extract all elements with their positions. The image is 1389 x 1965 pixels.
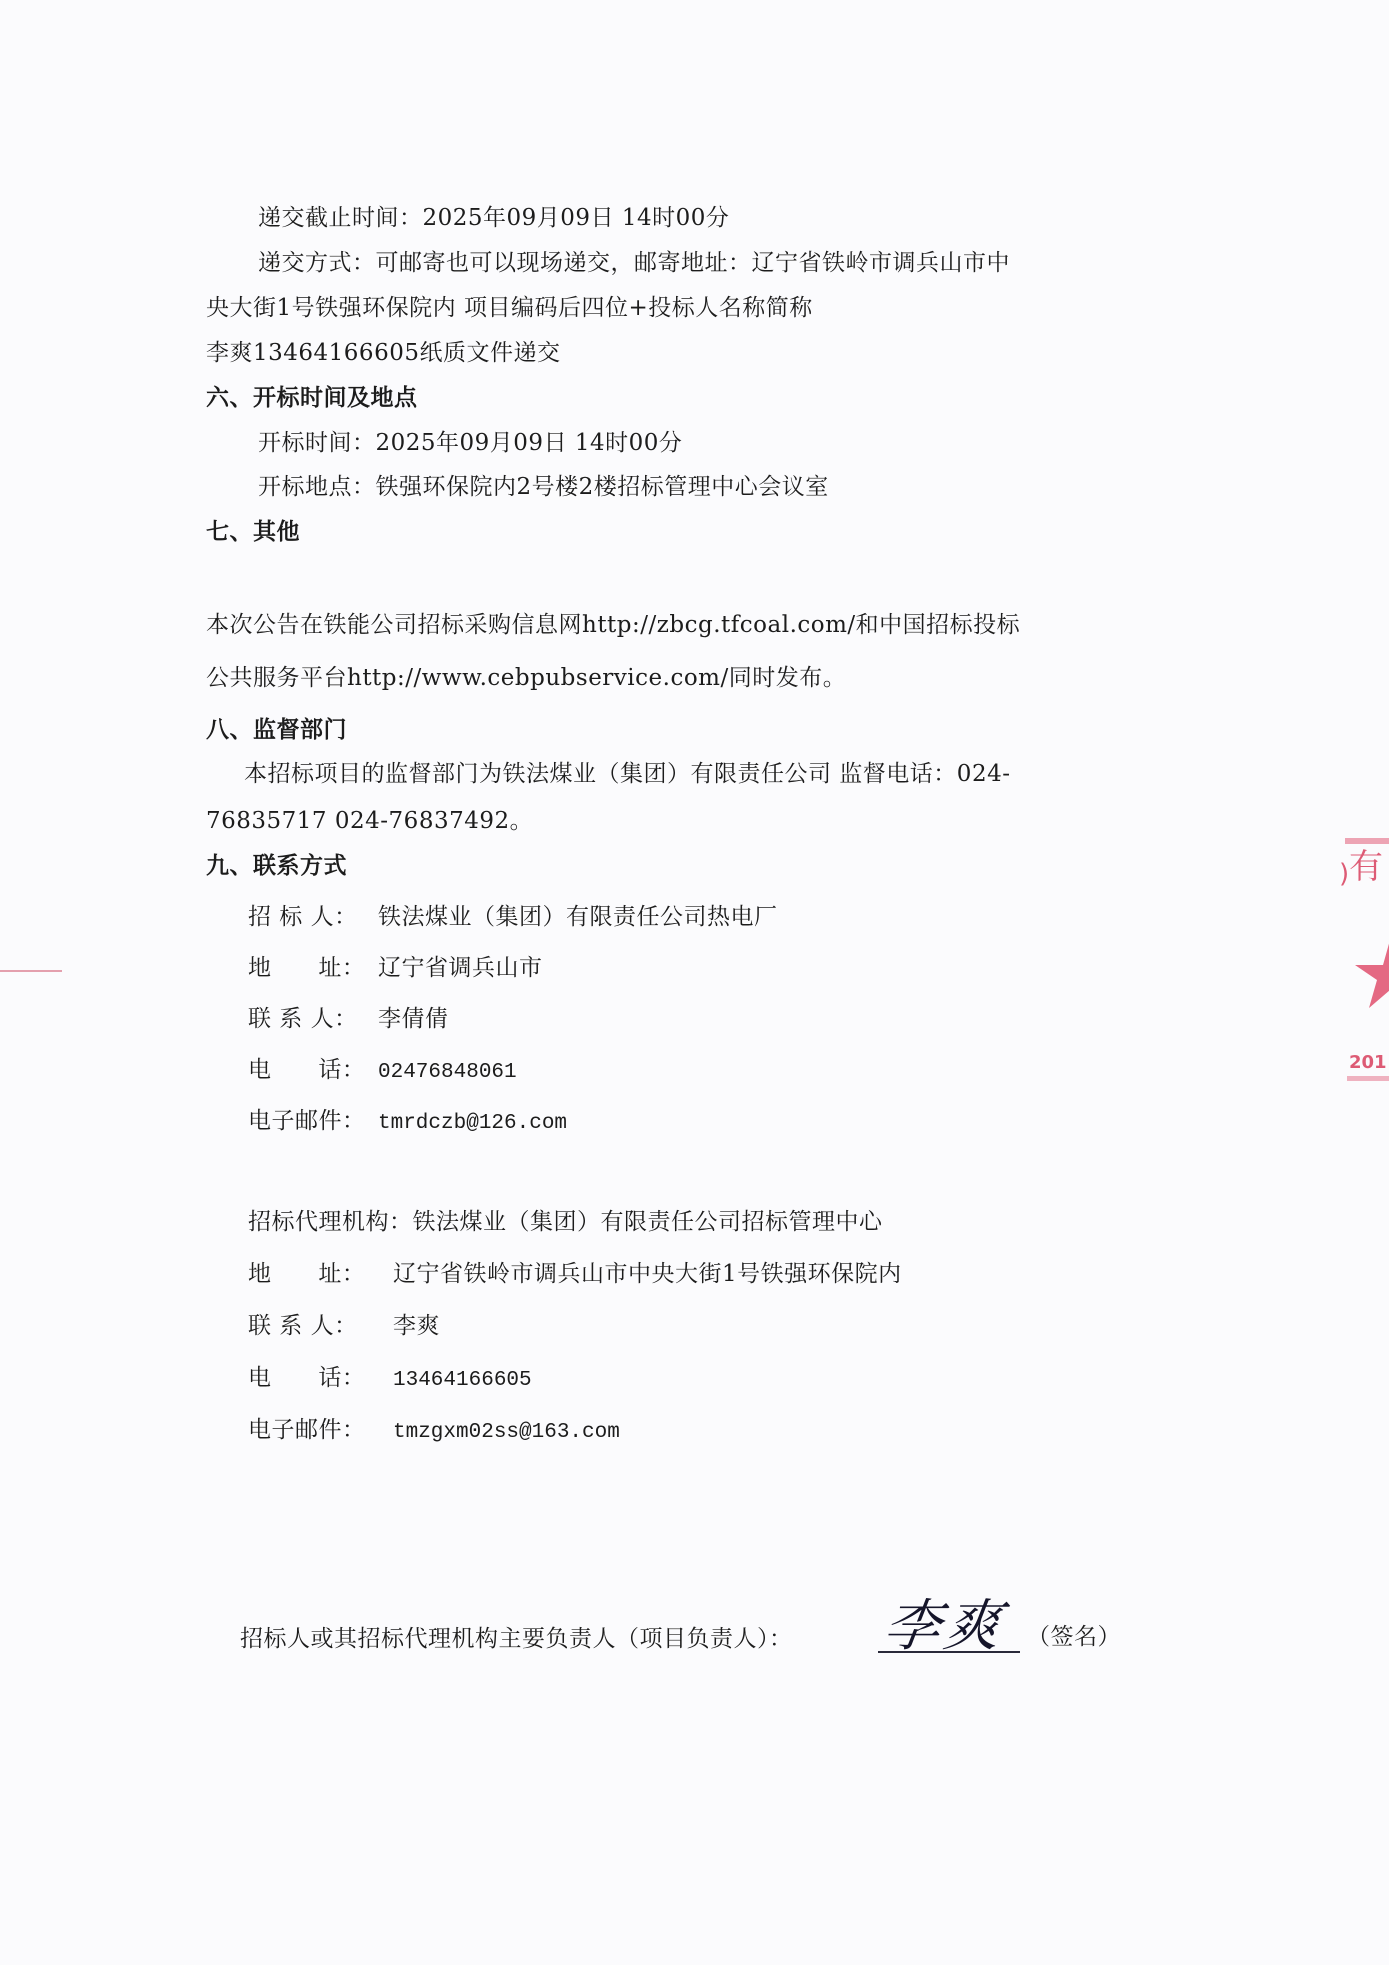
submission-method-line3: 李爽13464166605纸质文件递交: [206, 338, 560, 368]
signature-underline: [878, 1651, 1020, 1653]
agency-name-value: 铁法煤业（集团）有限责任公司招标管理中心: [413, 1209, 883, 1235]
section7-line2: 公共服务平台http://www.cebpubservice.com/同时发布。: [206, 663, 846, 693]
section7-line1: 本次公告在铁能公司招标采购信息网http://zbcg.tfcoal.com/和…: [206, 610, 1020, 640]
bid-opening-time: 开标时间：2025年09月09日 14时00分: [258, 428, 682, 458]
agency-email-row: 电子邮件：tmzgxm02ss@163.com: [248, 1415, 620, 1448]
submission-deadline: 递交截止时间：2025年09月09日 14时00分: [258, 203, 729, 233]
agency-address-value: 辽宁省铁岭市调兵山市中央大街1号铁强环保院内: [393, 1261, 902, 1287]
tenderer-address-label: 地 址：: [248, 953, 378, 983]
svg-text:201: 201: [1349, 1052, 1387, 1073]
submission-method-line2: 央大街1号铁强环保院内 项目编码后四位+投标人名称简称: [206, 293, 813, 323]
deadline-label: 递交截止时间：: [258, 205, 423, 231]
agency-contact-label: 联 系 人：: [248, 1311, 393, 1341]
tenderer-name-label: 招 标 人：: [248, 902, 378, 932]
agency-phone-row: 电 话：13464166605: [248, 1363, 532, 1396]
signature-suffix: （签名）: [1027, 1622, 1121, 1652]
section9-heading: 九、联系方式: [206, 851, 347, 881]
agency-contact-value: 李爽: [393, 1313, 440, 1339]
scan-edge-mark: [0, 970, 62, 972]
agency-name-label: 招标代理机构：: [248, 1209, 413, 1235]
tenderer-contact-row: 联 系 人：李倩倩: [248, 1004, 449, 1034]
section8-heading: 八、监督部门: [206, 715, 347, 745]
seal-stamp-icon: 有 ) 201: [1335, 830, 1389, 1110]
handwritten-signature: 李爽: [879, 1582, 1010, 1662]
official-seal-stamp: 有 ) 201: [1335, 830, 1389, 1110]
agency-phone-label: 电 话：: [248, 1363, 393, 1393]
document-page: 递交截止时间：2025年09月09日 14时00分 递交方式：可邮寄也可以现场递…: [0, 0, 1389, 1965]
section7-heading: 七、其他: [206, 517, 300, 547]
section8-line1: 本招标项目的监督部门为铁法煤业（集团）有限责任公司 监督电话：024-: [244, 759, 1010, 789]
svg-text:): ): [1339, 859, 1349, 889]
tenderer-email-row: 电子邮件：tmrdczb@126.com: [248, 1106, 567, 1139]
agency-name-row: 招标代理机构：铁法煤业（集团）有限责任公司招标管理中心: [248, 1207, 883, 1237]
agency-email-value: tmzgxm02ss@163.com: [393, 1421, 620, 1444]
agency-contact-row: 联 系 人：李爽: [248, 1311, 440, 1341]
tenderer-name-value: 铁法煤业（集团）有限责任公司热电厂: [378, 904, 778, 930]
submission-method-line1: 递交方式：可邮寄也可以现场递交，邮寄地址：辽宁省铁岭市调兵山市中: [258, 248, 1010, 278]
signature-label: 招标人或其招标代理机构主要负责人（项目负责人）：: [240, 1624, 793, 1654]
section6-heading: 六、开标时间及地点: [206, 383, 418, 413]
agency-email-label: 电子邮件：: [248, 1415, 393, 1445]
agency-address-row: 地 址：辽宁省铁岭市调兵山市中央大街1号铁强环保院内: [248, 1259, 902, 1289]
tenderer-name-row: 招 标 人：铁法煤业（集团）有限责任公司热电厂: [248, 902, 778, 932]
tenderer-contact-label: 联 系 人：: [248, 1004, 378, 1034]
tenderer-address-row: 地 址：辽宁省调兵山市: [248, 953, 543, 983]
tenderer-contact-value: 李倩倩: [378, 1006, 449, 1032]
tenderer-phone-value: 02476848061: [378, 1061, 517, 1084]
tenderer-phone-row: 电 话：02476848061: [248, 1055, 517, 1088]
section8-line2: 76835717 024-76837492。: [206, 806, 533, 836]
agency-address-label: 地 址：: [248, 1259, 393, 1289]
tenderer-address-value: 辽宁省调兵山市: [378, 955, 543, 981]
deadline-value: 2025年09月09日 14时00分: [423, 205, 730, 231]
tenderer-email-value: tmrdczb@126.com: [378, 1112, 567, 1135]
bid-opening-place: 开标地点：铁强环保院内2号楼2楼招标管理中心会议室: [258, 472, 829, 502]
svg-text:有: 有: [1349, 847, 1383, 887]
agency-phone-value: 13464166605: [393, 1369, 532, 1392]
tenderer-phone-label: 电 话：: [248, 1055, 378, 1085]
tenderer-email-label: 电子邮件：: [248, 1106, 378, 1136]
